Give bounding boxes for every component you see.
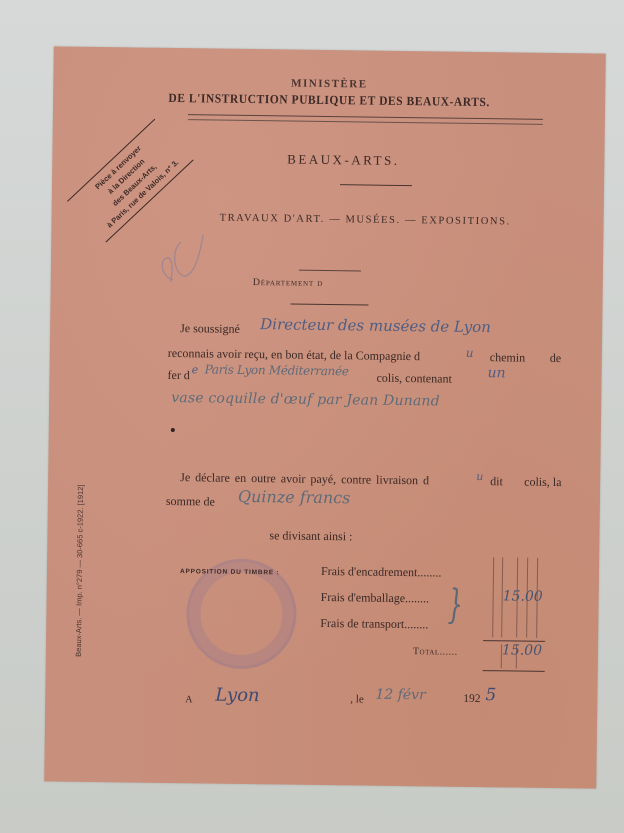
fee-emballage-value: 15.00 [503, 588, 543, 605]
total-label: Total...... [413, 646, 458, 658]
payment-text-colis: colis, la [524, 475, 562, 490]
date-prefix: , le [350, 693, 364, 705]
department-label: Département d [253, 277, 324, 289]
header-double-rule [188, 114, 543, 125]
somme-de-label: somme de [166, 494, 215, 510]
fee-transport-label: Frais de transport........ [320, 616, 428, 632]
railway-company-handwritten: Paris Lyon Méditerranée [205, 362, 349, 378]
fees-brace-handwritten: } [447, 582, 463, 628]
contents-handwritten-2: vase coquille d'œuf par Jean Dunand [171, 390, 440, 410]
je-soussigne-label: Je soussigné [180, 321, 240, 337]
city-handwritten: Lyon [215, 685, 260, 707]
fer-de-handwritten: e [192, 363, 199, 376]
printer-reference: Beaux-Arts. — Imp. n°279 — 30-665 c-1922… [74, 484, 85, 656]
de-text: de [550, 351, 562, 366]
year-printed: 192 [463, 693, 480, 705]
column-rule-1 [492, 557, 494, 637]
amount-handwritten: Quinze francs [238, 487, 351, 507]
chemin-text: chemin [490, 350, 526, 365]
contents-handwritten-1: un [487, 365, 505, 381]
payment-handwritten: u [476, 470, 483, 483]
pencil-annotation-mark [151, 230, 212, 291]
compagnie-handwritten: u [466, 346, 474, 360]
place-prefix: A [185, 694, 192, 705]
fer-de-text: fer d [167, 368, 190, 383]
department-bottom-rule [290, 304, 368, 306]
date-handwritten: 12 févr [375, 687, 426, 704]
total-value: 15.00 [502, 642, 542, 659]
return-notice: Pièce à renvoyer à la Direction des Beau… [64, 116, 199, 249]
fee-encadrement-label: Frais d'encadrement........ [321, 564, 442, 581]
ink-dot [171, 428, 175, 432]
year-handwritten: 5 [485, 685, 496, 705]
department-top-rule [299, 270, 361, 272]
payment-text-a: Je déclare en outre avoir payé, contre l… [180, 470, 429, 488]
section-title-rule [340, 184, 412, 186]
total-rule [483, 670, 545, 672]
form-sheet: MINISTÈRE DE L'INSTRUCTION PUBLIQUE ET D… [44, 46, 606, 788]
stamp-placement-label: APPOSITION DU TIMBRE : [180, 568, 280, 576]
colis-contenant-text: colis, contenant [376, 371, 452, 387]
signatory-handwritten: Directeur des musées de Lyon [260, 315, 491, 336]
ministry-subtitle: DE L'INSTRUCTION PUBLIQUE ET DES BEAUX-A… [75, 90, 583, 112]
section-subtitle: TRAVAUX D'ART. — MUSÉES. — EXPOSITIONS. [220, 213, 511, 228]
se-divisant-text: se divisant ainsi : [269, 528, 352, 544]
payment-text-dit: dit [490, 474, 503, 489]
fee-emballage-label: Frais d'emballage........ [321, 590, 430, 606]
